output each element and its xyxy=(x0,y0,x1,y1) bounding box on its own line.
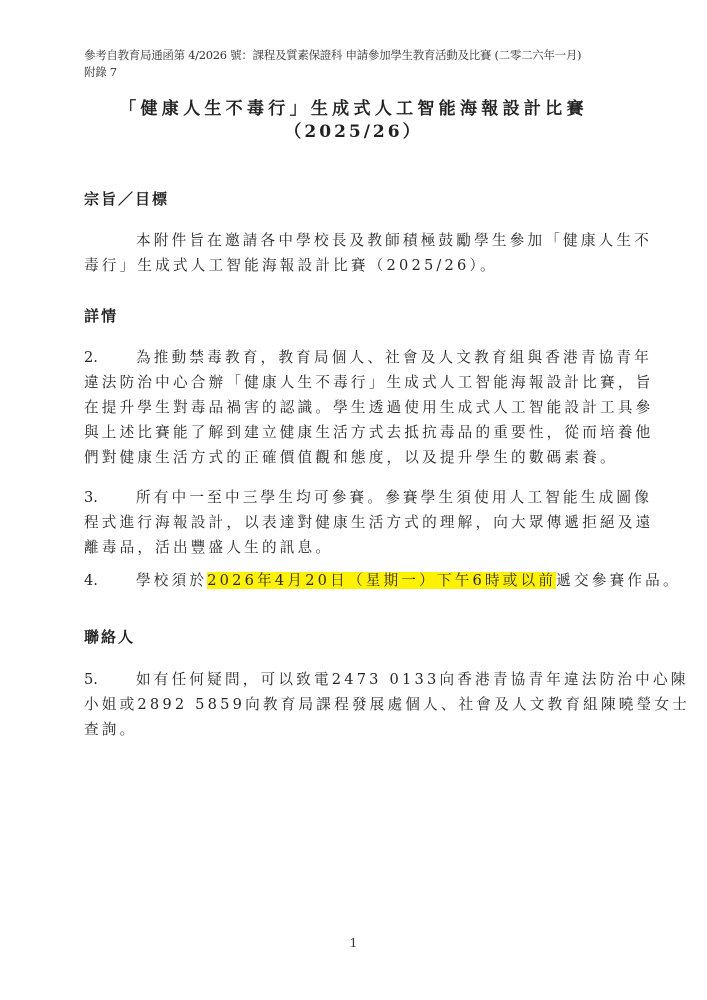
paragraph-number: 4. xyxy=(84,568,136,593)
page-number: 1 xyxy=(0,936,707,950)
appendix-label: 附錄 7 xyxy=(84,64,644,81)
paragraph-number: 3. xyxy=(84,485,136,510)
paragraph-line: 毒行」生成式人工智能海報設計比賽（2025/26）。 xyxy=(84,253,626,278)
document-title: 「健康人生不毒行」生成式人工智能海報設計比賽 xyxy=(0,94,707,119)
paragraph-text: 遞交參賽作品。 xyxy=(556,572,681,589)
section-heading-details: 詳情 xyxy=(84,305,118,326)
paragraph-4: 4.學校須於2026年4月20日（星期一）下午6時或以前遞交參賽作品。 xyxy=(84,568,626,593)
paragraph-text: 學校須於 xyxy=(136,572,207,589)
section-heading-purpose: 宗旨／目標 xyxy=(84,188,169,209)
paragraph-line: 違法防治中心合辦「健康人生不毒行」生成式人工智能海報設計比賽，旨 xyxy=(84,370,626,395)
paragraph-number: 2. xyxy=(84,345,136,370)
paragraph-text: 為推動禁毒教育，教育局個人、社會及人文教育組與香港青協青年 xyxy=(136,349,652,366)
document-subtitle-year: （2025/26） xyxy=(0,117,707,142)
paragraph-line: 本附件旨在邀請各中學校長及教師積極鼓勵學生參加「健康人生不 xyxy=(84,228,626,253)
paragraph-line: 3.所有中一至中三學生均可參賽。參賽學生須使用人工智能生成圖像 xyxy=(84,485,626,510)
paragraph-text: 本附件旨在邀請各中學校長及教師積極鼓勵學生參加「健康人生不 xyxy=(136,232,652,249)
paragraph-line: 們對健康生活方式的正確價值觀和態度，以及提升學生的數碼素養。 xyxy=(84,445,626,470)
paragraph-purpose: 本附件旨在邀請各中學校長及教師積極鼓勵學生參加「健康人生不 毒行」生成式人工智能… xyxy=(84,228,626,278)
section-heading-contact: 聯絡人 xyxy=(84,626,135,647)
document-page: 參考自教育局通函第 4/2026 號：課程及質素保證科 申請參加學生教育活動及比… xyxy=(0,0,707,1000)
paragraph-line: 查詢。 xyxy=(84,717,626,742)
paragraph-line: 離毒品，活出豐盛人生的訊息。 xyxy=(84,535,626,560)
paragraph-3: 3.所有中一至中三學生均可參賽。參賽學生須使用人工智能生成圖像 程式進行海報設計… xyxy=(84,485,626,560)
paragraph-line: 程式進行海報設計，以表達對健康生活方式的理解，向大眾傳遞拒絕及遠 xyxy=(84,510,626,535)
paragraph-5: 5.如有任何疑問，可以致電2473 0133向香港青協青年違法防治中心陳 小姐或… xyxy=(84,667,626,742)
header-reference: 參考自教育局通函第 4/2026 號：課程及質素保證科 申請參加學生教育活動及比… xyxy=(84,47,644,81)
paragraph-line: 小姐或2892 5859向教育局課程發展處個人、社會及人文教育組陳曉瑩女士 xyxy=(84,692,626,717)
paragraph-2: 2.為推動禁毒教育，教育局個人、社會及人文教育組與香港青協青年 違法防治中心合辦… xyxy=(84,345,626,470)
highlighted-deadline: 2026年4月20日（星期一）下午6時或以前 xyxy=(207,572,556,589)
paragraph-text: 如有任何疑問，可以致電2473 0133向香港青協青年違法防治中心陳 xyxy=(136,671,689,688)
paragraph-line: 與上述比賽能了解到建立健康生活方式去抵抗毒品的重要性，從而培養他 xyxy=(84,420,626,445)
paragraph-number: 5. xyxy=(84,667,136,692)
paragraph-line: 5.如有任何疑問，可以致電2473 0133向香港青協青年違法防治中心陳 xyxy=(84,667,626,692)
paragraph-line: 在提升學生對毒品禍害的認識。學生透過使用生成式人工智能設計工具參 xyxy=(84,395,626,420)
paragraph-line: 2.為推動禁毒教育，教育局個人、社會及人文教育組與香港青協青年 xyxy=(84,345,626,370)
header-reference-line: 參考自教育局通函第 4/2026 號：課程及質素保證科 申請參加學生教育活動及比… xyxy=(84,47,644,64)
paragraph-line: 4.學校須於2026年4月20日（星期一）下午6時或以前遞交參賽作品。 xyxy=(84,568,626,593)
paragraph-text: 所有中一至中三學生均可參賽。參賽學生須使用人工智能生成圖像 xyxy=(136,489,652,506)
